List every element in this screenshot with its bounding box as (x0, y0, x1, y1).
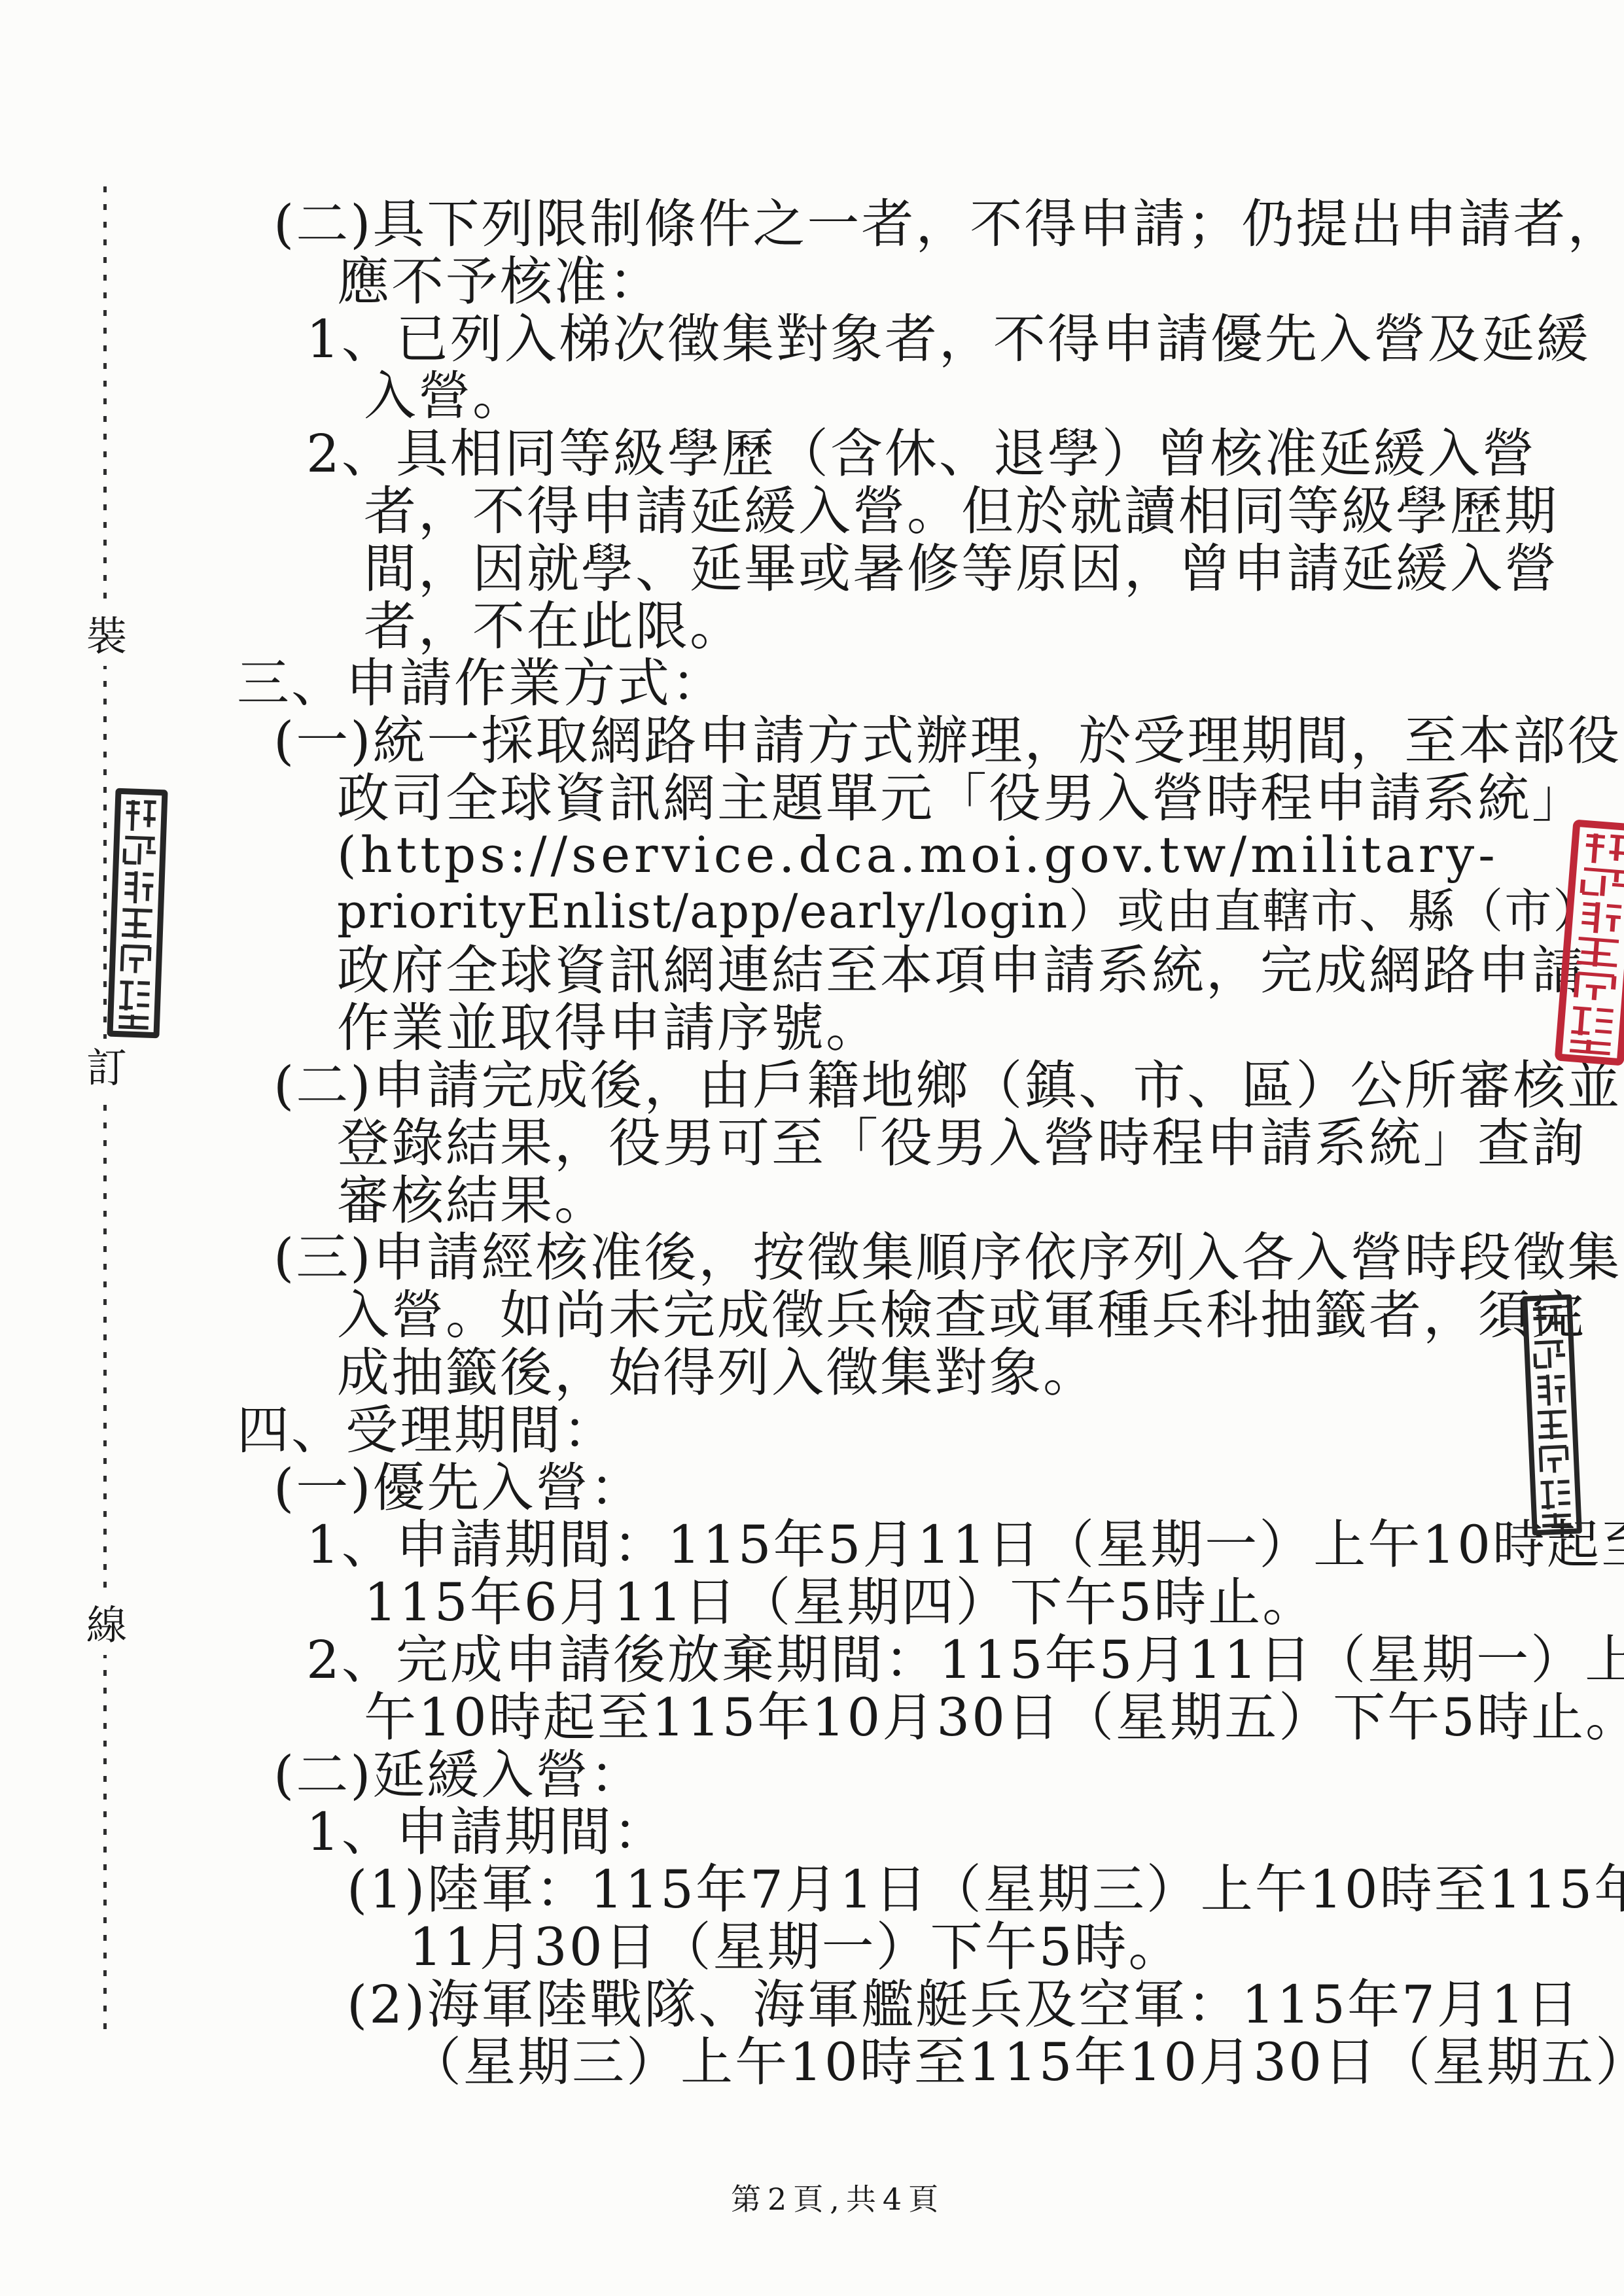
text-line: (二)具下列限制條件之一者，不得申請；仍提出申請者， (274, 198, 1621, 251)
text-line: 2、具相同等級學歷（含休、退學）曾核准延緩入營 (306, 428, 1536, 480)
binding-mark-ding: 訂 (84, 1039, 130, 1098)
text-line: 應不予核准： (337, 256, 663, 308)
right-red-seal-stamp-icon (1555, 819, 1624, 1066)
text-line: (1)陸軍：115年7月1日（星期三）上午10時至115年 (347, 1864, 1624, 1916)
text-line: 入營。如尚未完成徵兵檢查或軍種兵科抽籤者，須完 (337, 1289, 1586, 1342)
text-line: (2)海軍陸戰隊、海軍艦艇兵及空軍：115年7月1日 (347, 1979, 1581, 2031)
text-line: 115年6月11日（星期四）下午5時止。 (364, 1576, 1316, 1629)
text-line: (二)延緩入營： (274, 1749, 644, 1801)
text-line: 者，不得申請延緩入營。但於就讀相同等級學歷期 (364, 485, 1559, 538)
text-line: 2、完成申請後放棄期間：115年5月11日（星期一）上 (306, 1634, 1624, 1686)
text-line: 政司全球資訊網主題單元「役男入營時程申請系統」 (337, 773, 1586, 825)
text-line: 入營。 (364, 370, 527, 423)
text-line: (一)統一採取網路申請方式辦理，於受理期間，至本部役 (274, 715, 1621, 767)
text-line: 審核結果。 (337, 1175, 609, 1227)
text-line: 者，不在此限。 (364, 600, 744, 653)
text-line: 1、申請期間： (306, 1806, 667, 1858)
text-line: 作業並取得申請序號。 (337, 1002, 880, 1054)
text-line: (二)申請完成後，由戶籍地鄉（鎮、市、區）公所審核並 (274, 1060, 1621, 1112)
left-black-seal-stamp-icon (107, 788, 168, 1039)
text-line: (https://service.dca.moi.gov.tw/military… (337, 830, 1499, 880)
right-black-seal-stamp-icon (1522, 1295, 1582, 1536)
text-line: 午10時起至115年10月30日（星期五）下午5時止。 (364, 1692, 1624, 1744)
text-line: priorityEnlist/app/early/login）或由直轄市、縣（市… (337, 888, 1601, 935)
scanned-document-page: 裝 訂 線 (0, 0, 1624, 2296)
text-line: 登錄結果，役男可至「役男入營時程申請系統」查詢 (337, 1117, 1586, 1170)
binding-dotted-line (103, 186, 107, 2034)
page-number-footer: 第2頁,共4頁 (731, 2176, 945, 2219)
text-line: 四、受理期間： (237, 1404, 617, 1457)
text-line: (一)優先入營： (274, 1462, 644, 1514)
text-line: (三)申請經核准後，按徵集順序依序列入各入營時段徵集 (274, 1232, 1621, 1284)
text-line: （星期三）上午10時至115年10月30日（星期五） (409, 2036, 1624, 2089)
text-line: 11月30日（星期一）下午5時。 (409, 1921, 1183, 1974)
text-line: 三、申請作業方式： (237, 657, 726, 710)
footer-stray-dot: . (915, 2178, 923, 2208)
binding-mark-zhuang: 裝 (84, 607, 130, 666)
text-line: 間，因就學、延畢或暑修等原因，曾申請延緩入營 (364, 543, 1559, 595)
binding-mark-xian: 線 (84, 1596, 130, 1655)
text-line: 1、申請期間：115年5月11日（星期一）上午10時起至 (306, 1519, 1624, 1571)
text-line: 成抽籤後，始得列入徵集對象。 (337, 1347, 1097, 1399)
text-line: 政府全球資訊網連結至本項申請系統，完成網路申請 (337, 945, 1586, 997)
text-line: 1、已列入梯次徵集對象者，不得申請優先入營及延緩 (306, 313, 1591, 366)
